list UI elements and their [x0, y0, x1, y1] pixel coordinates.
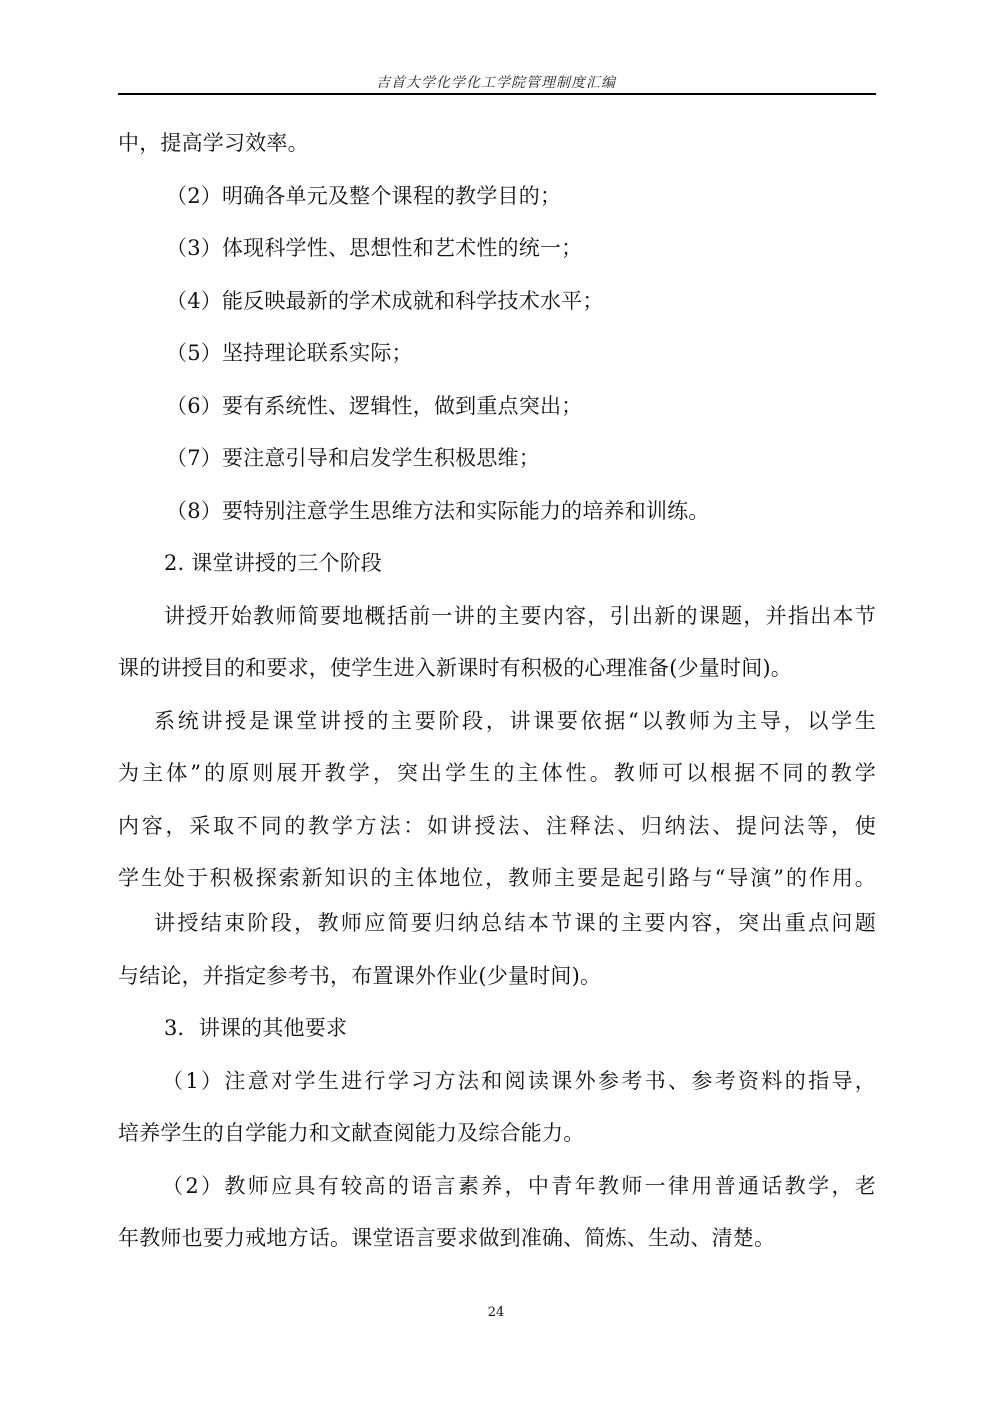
- text-line: 讲授开始教师简要地概括前一讲的主要内容，引出新的课题，并指出本节: [164, 601, 876, 631]
- page-header-title: 吉首大学化学化工学院管理制度汇编: [0, 72, 992, 92]
- text-line: （3）体现科学性、思想性和艺术性的统一；: [166, 233, 876, 263]
- text-line: 系统讲授是课堂讲授的主要阶段，讲课要依据“以教师为主导，以学生: [154, 706, 876, 736]
- text-line: （2）教师应具有较高的语言素养，中青年教师一律用普通话教学，老: [162, 1171, 876, 1201]
- text-line: 内容，采取不同的教学方法：如讲授法、注释法、归纳法、提问法等，使: [118, 811, 876, 841]
- text-line: 年教师也要力戒地方话。课堂语言要求做到准确、简炼、生动、清楚。: [118, 1223, 876, 1253]
- text-line: （2）明确各单元及整个课程的教学目的；: [166, 181, 876, 211]
- text-line: 为主体”的原则展开教学，突出学生的主体性。教师可以根据不同的教学: [118, 758, 876, 788]
- header-divider: [118, 93, 876, 95]
- text-line: （1）注意对学生进行学习方法和阅读课外参考书、参考资料的指导，: [162, 1066, 876, 1096]
- text-line: 培养学生的自学能力和文献查阅能力及综合能力。: [118, 1118, 876, 1148]
- text-line: 3．讲课的其他要求: [164, 1013, 876, 1043]
- text-line: （4）能反映最新的学术成就和科学技术水平；: [166, 286, 876, 316]
- text-line: 讲授结束阶段，教师应简要归纳总结本节课的主要内容，突出重点问题: [154, 908, 876, 938]
- text-line: （6）要有系统性、逻辑性，做到重点突出；: [166, 391, 876, 421]
- text-line: 课的讲授目的和要求，使学生进入新课时有积极的心理准备(少量时间)。: [118, 653, 876, 683]
- text-line: 与结论，并指定参考书，布置课外作业(少量时间)。: [118, 961, 876, 991]
- text-line: 中，提高学习效率。: [118, 128, 876, 158]
- text-line: 学生处于积极探索新知识的主体地位，教师主要是起引路与“导演”的作用。: [118, 863, 876, 893]
- text-line: （8）要特别注意学生思维方法和实际能力的培养和训练。: [166, 496, 876, 526]
- text-line: （5）坚持理论联系实际；: [166, 338, 876, 368]
- page-number: 24: [0, 1305, 992, 1320]
- text-line: 2. 课堂讲授的三个阶段: [164, 548, 876, 578]
- text-line: （7）要注意引导和启发学生积极思维；: [166, 443, 876, 473]
